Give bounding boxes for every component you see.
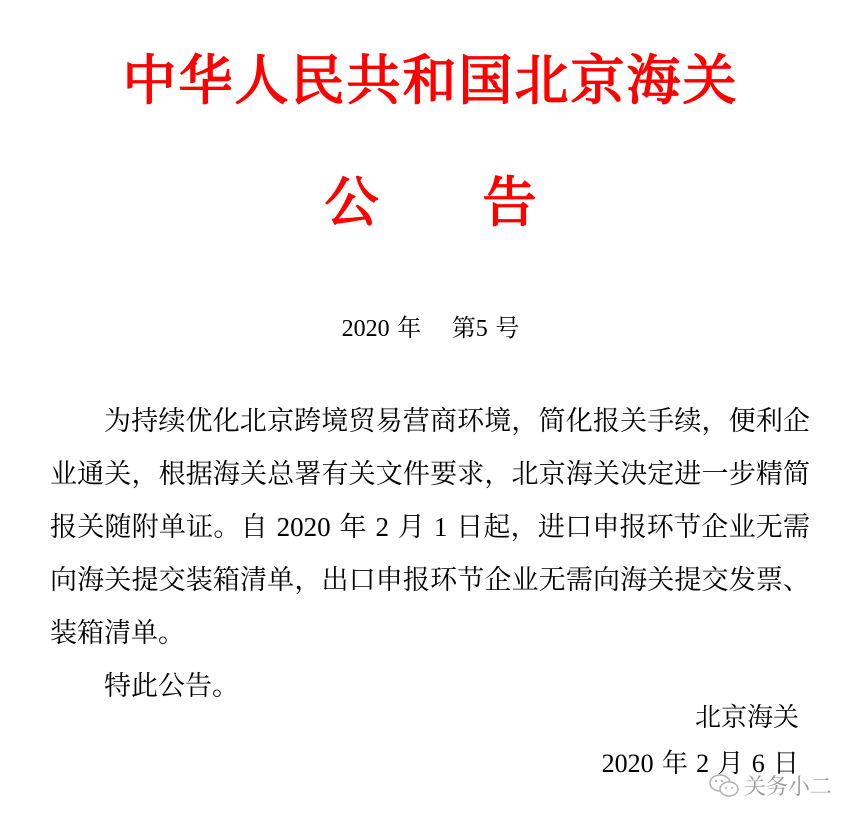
sign-year-unit: 年 [662,749,688,779]
doc-type-char-2: 告 [483,168,537,238]
paragraph-main: 为持续优化北京跨境贸易营商环境，简化报关手续，便利企业通关，根据海关总署有关文件… [50,395,810,660]
wechat-icon [708,772,740,800]
doc-suffix: 号 [495,314,519,342]
effective-day: 1 [434,512,448,542]
effective-month-unit: 月 [398,512,425,543]
doc-prefix: 第 [452,314,476,342]
issuer-title: 中华人民共和国北京海关 [0,46,861,116]
document-type-heading: 公告 [0,168,861,238]
watermark-text: 关务小二 [744,770,832,801]
effective-month: 2 [376,512,390,542]
doc-number-value: 5 [476,316,488,342]
doc-type-char-1: 公 [325,168,379,238]
sign-year: 2020 [602,749,654,778]
doc-year-unit: 年 [397,314,421,342]
watermark: 关务小二 [708,770,832,801]
doc-year: 2020 [342,316,390,342]
effective-year-unit: 年 [339,512,366,543]
announcement-body: 为持续优化北京跨境贸易营商环境，简化报关手续，便利企业通关，根据海关总署有关文件… [50,395,810,713]
signature-issuer: 北京海关 [695,698,799,738]
effective-year: 2020 [277,512,331,542]
document-number: 2020 年 第5 号 [0,310,861,347]
